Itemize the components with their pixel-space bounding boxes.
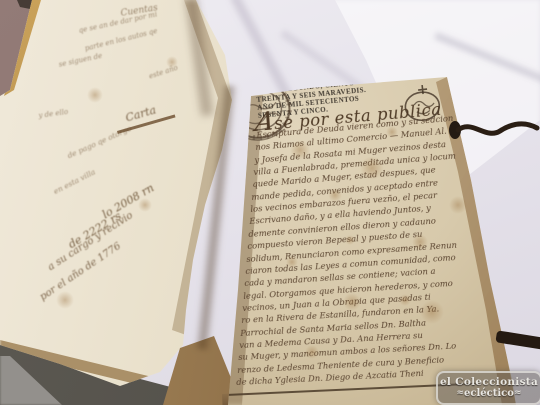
watermark-line1: el Coleccionista — [440, 377, 538, 388]
watermark-badge: el Coleccionista ≈ecléctico≈ — [436, 371, 540, 405]
manuscript-line: se siguen de — [58, 52, 103, 69]
foxing-spot — [328, 188, 342, 202]
foxing-spot — [138, 198, 152, 212]
watermark-line2-text: ecléctico — [464, 388, 514, 399]
ribbon-tie-right — [446, 114, 540, 148]
watermark-line2: ≈ecléctico≈ — [457, 388, 522, 399]
foxing-spot — [56, 291, 74, 309]
foxing-spot — [399, 294, 411, 306]
foxing-spot — [286, 256, 298, 268]
foxing-spot — [360, 156, 384, 180]
foxing-spot — [305, 345, 319, 359]
foxing-spot — [345, 235, 355, 245]
foxing-spot — [449, 196, 467, 214]
photo-scene: Cuentasqe se an de dar por miparte en lo… — [0, 0, 540, 405]
manuscript-line: y de ello — [38, 108, 69, 120]
manuscript-line: en esta villa — [52, 167, 97, 196]
foxing-spot — [412, 234, 428, 250]
foxing-spot — [420, 300, 444, 324]
foxing-spot — [87, 87, 103, 103]
foxing-spot — [343, 293, 361, 311]
foxing-spot — [386, 126, 398, 138]
foxing-spot — [290, 140, 310, 160]
swirl-icon: ≈ — [514, 388, 522, 398]
swirl-icon: ≈ — [457, 388, 465, 398]
foxing-spot — [166, 56, 178, 68]
